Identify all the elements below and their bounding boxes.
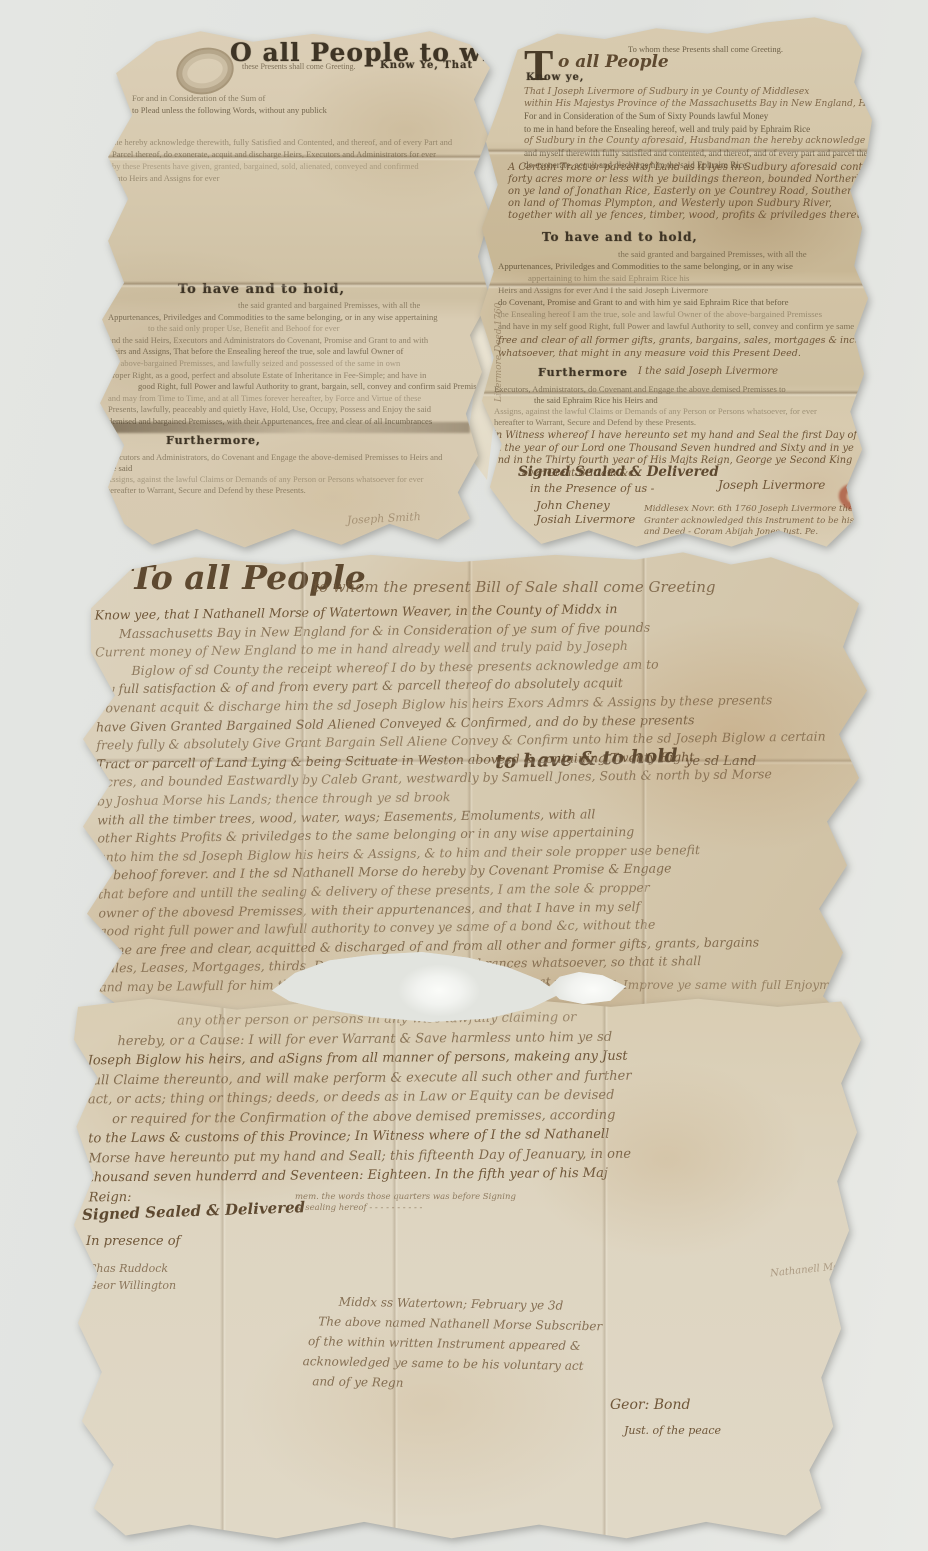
fold-crease bbox=[478, 148, 874, 155]
doc3-acknowledgment: Middx ss Watertown; February ye 3d The a… bbox=[337, 1292, 603, 1397]
fold-crease bbox=[602, 996, 608, 1541]
doc3-presence-line: In presence of bbox=[86, 1234, 180, 1249]
doc2-heading-rest: To whom these Presents shall come Greeti… bbox=[628, 44, 783, 54]
doc2-acknowledgment: Middlesex Novr. 6th 1760 Joseph Livermor… bbox=[644, 504, 870, 539]
doc1-know-ye: Know Ye, That bbox=[380, 60, 473, 71]
doc2-furthermore-hw: I the said Joseph Livermore bbox=[638, 366, 778, 377]
doc1-tohave-body: the said granted and bargained Premisses… bbox=[108, 300, 487, 428]
doc3-justice-signature: Geor: Bond Just. of the peace bbox=[610, 1392, 721, 1444]
fold-crease bbox=[641, 550, 647, 1035]
doc3-lower-body: any other person or persons in any wise … bbox=[87, 1008, 632, 1208]
doc1-intro: For and in Consideration of the Sum of t… bbox=[132, 92, 327, 116]
fold-crease bbox=[220, 996, 226, 1541]
doc2-witnesses: John Cheney Josiah Livermore bbox=[536, 498, 635, 526]
doc2-know-ye: Know ye, bbox=[526, 72, 584, 83]
doc3-witnesses: Chas Ruddock Geor Willington bbox=[88, 1260, 176, 1294]
document-deed-right: T o all People To whom these Presents sh… bbox=[478, 12, 874, 552]
doc2-grantor-signature: Joseph Livermore bbox=[718, 478, 825, 492]
doc2-heading-script: o all People bbox=[558, 52, 669, 72]
doc1-signature: Joseph Smith bbox=[347, 510, 421, 527]
witness-signature: John Cheney bbox=[536, 498, 635, 512]
doc2-top-block: That I Joseph Livermore of Sudbury in ye… bbox=[524, 86, 919, 171]
fold-crease bbox=[478, 390, 874, 397]
doc2-tohave-body: the said granted and bargained Premisses… bbox=[498, 248, 854, 332]
doc2-furthermore-heading: Furthermore bbox=[538, 366, 628, 379]
doc3-heading-rest: to whom the present Bill of Sale shall c… bbox=[313, 578, 716, 596]
doc1-furthermore-body: Executors and Administrators, do Covenan… bbox=[106, 452, 442, 496]
doc3-memo: mem. the words those quarters was before… bbox=[295, 1192, 516, 1214]
doc2-description-block: A Certain Tract or parcell of Land as it… bbox=[508, 162, 928, 222]
witness-signature: Chas Ruddock bbox=[88, 1260, 176, 1277]
witness-signature: Josiah Livermore bbox=[536, 512, 635, 526]
doc3-body: Know yee, that I Nathanell Morse of Wate… bbox=[95, 598, 829, 997]
doc1-subheading: these Presents shall come Greeting. bbox=[242, 62, 356, 71]
doc3-side-signature: Nathanell Morse bbox=[770, 1260, 856, 1280]
fold-crease bbox=[392, 996, 398, 1541]
document-printed-deed-left: O all People to whom these Presents shal… bbox=[92, 26, 494, 550]
fold-smudge bbox=[108, 422, 470, 433]
doc1-furthermore-heading: Furthermore, bbox=[166, 434, 261, 447]
fold-crease bbox=[92, 281, 494, 288]
doc2-signed-line: Signed Sealed & Delivered bbox=[518, 464, 719, 480]
doc2-tohave-heading: To have and to hold, bbox=[542, 230, 698, 244]
doc2-extra-block: free and clear of all former gifts, gran… bbox=[498, 334, 908, 360]
doc2-presence-line: in the Presence of us - bbox=[530, 482, 654, 495]
witness-signature: Geor Willington bbox=[88, 1277, 176, 1294]
photo-stage: O all People to whom these Presents shal… bbox=[0, 0, 928, 1551]
fold-crease bbox=[92, 154, 494, 161]
fold-crease bbox=[478, 282, 874, 289]
fold-crease bbox=[300, 550, 306, 1035]
fold-crease bbox=[75, 758, 875, 765]
doc2-docket-vertical: Livermore Deed 1760 bbox=[494, 292, 504, 402]
document-bill-of-sale-lower: any other person or persons in any wise … bbox=[70, 996, 865, 1541]
